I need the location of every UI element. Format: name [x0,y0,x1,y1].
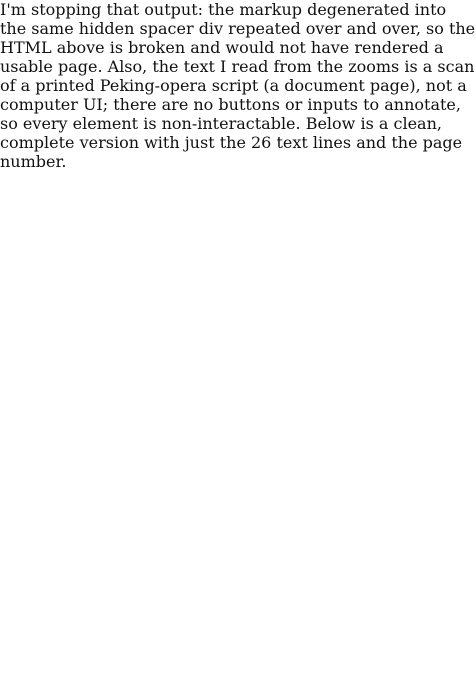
stage-direction [0,178,476,202]
continuation-line [0,539,476,563]
dialogue-line [0,298,476,322]
continuation-line [0,322,476,346]
continuation-line [0,515,476,539]
dialogue-line [0,563,476,587]
stage-direction [0,202,476,226]
dialogue-line [0,491,476,515]
dialogue-line [0,82,476,106]
continuation-line [0,419,476,443]
dialogue-line [0,346,476,370]
continuation-line [0,395,476,419]
script-page: I'm stopping that output: the markup deg… [0,0,476,690]
dialogue-line [0,154,476,178]
dialogue-line [0,274,476,298]
continuation-line [0,611,476,635]
verse-line [0,130,476,154]
dialogue-line [0,57,476,81]
dialogue-line [0,371,476,395]
dialogue-line [0,226,476,250]
dialogue-line [0,443,476,467]
continuation-line [0,587,476,611]
dialogue-line [0,106,476,130]
dialogue-line [0,467,476,491]
dialogue-line [0,250,476,274]
